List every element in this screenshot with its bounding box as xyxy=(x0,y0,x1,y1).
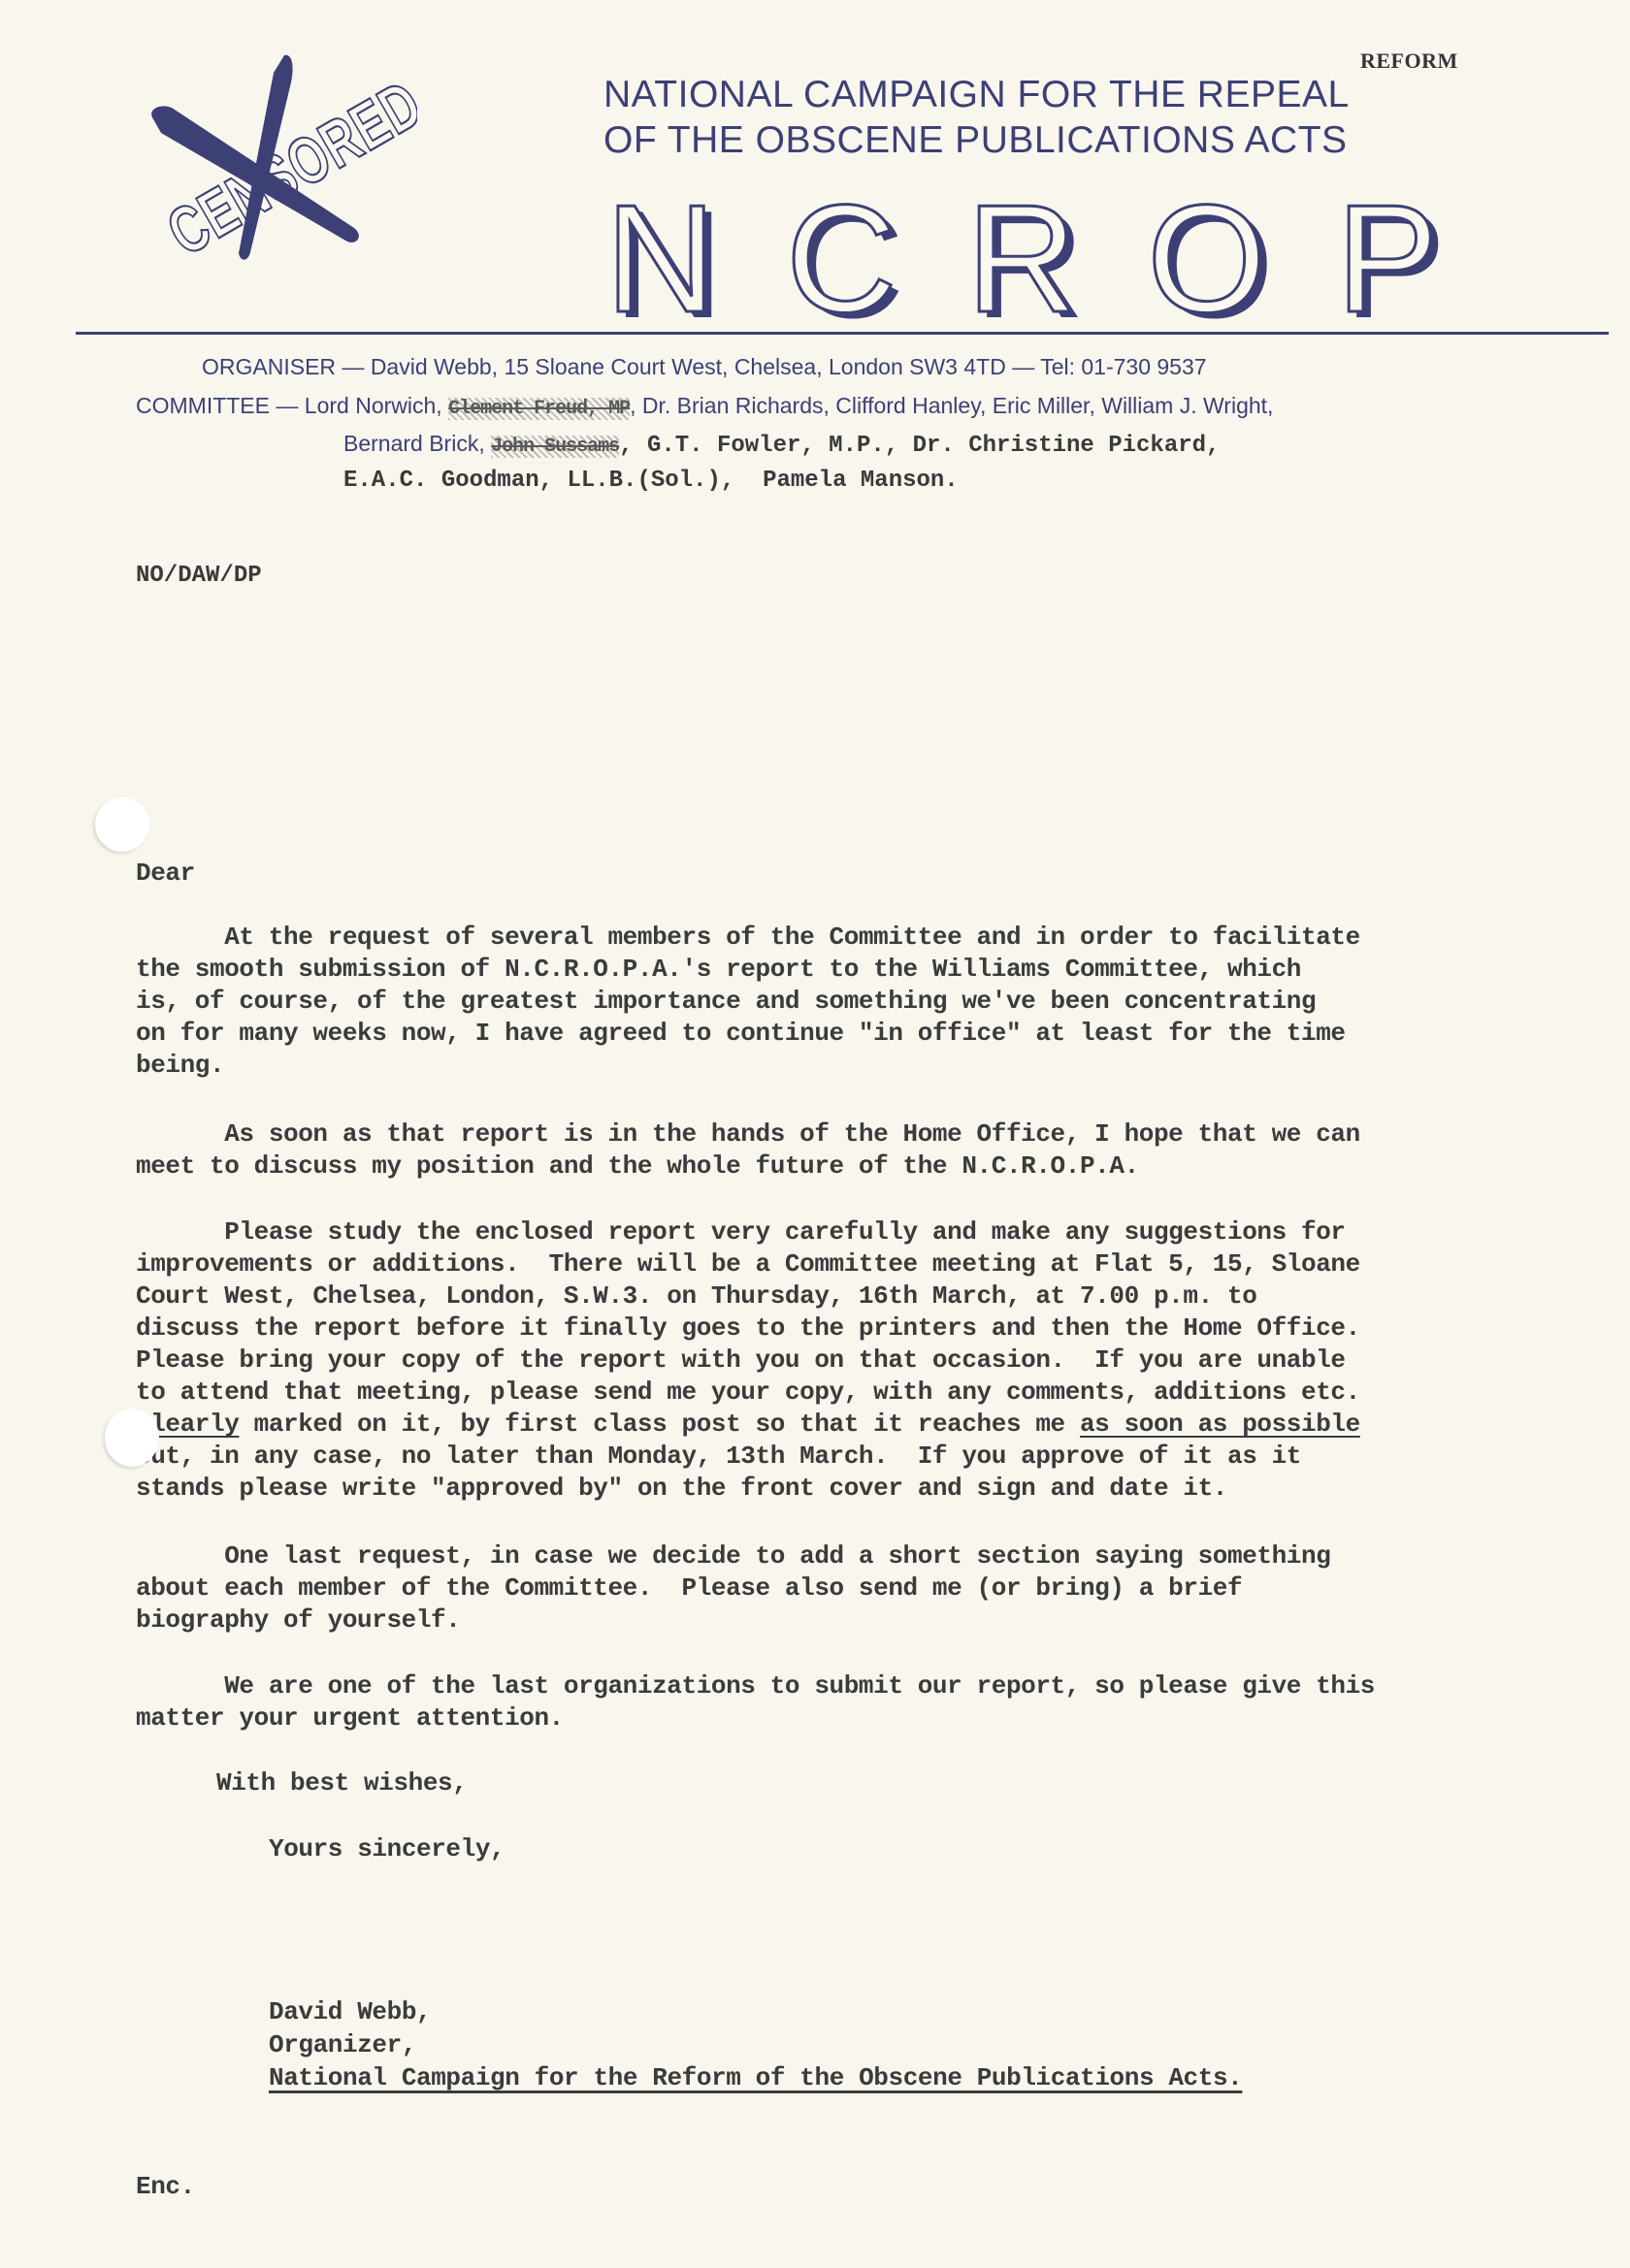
underlined-asap: as soon as possible xyxy=(1080,1409,1360,1439)
organiser-address: David Webb, 15 Sloane Court West, Chelse… xyxy=(371,354,1006,379)
struck-out-name: Clement Freud, MP xyxy=(448,398,630,420)
organiser-line: ORGANISER — David Webb, 15 Sloane Court … xyxy=(202,356,1207,378)
letterhead-divider xyxy=(76,332,1609,335)
salutation: Dear xyxy=(136,858,1562,890)
committee-line-3: E.A.C. Goodman, LL.B.(Sol.), Pamela Mans… xyxy=(343,470,959,493)
struck-out-name: John Sussams xyxy=(491,436,619,458)
tagline-line-1: NATIONAL CAMPAIGN FOR THE REPEAL xyxy=(603,76,1350,113)
punch-hole xyxy=(95,797,149,852)
paragraph-2: As soon as that report is in the hands o… xyxy=(136,1118,1562,1183)
closing: Yours sincerely, xyxy=(269,1833,1630,1865)
signatory-name: David Webb, xyxy=(269,1996,1630,2028)
svg-text:NCROPA: NCROPA xyxy=(605,179,1494,325)
committee-line-2: Bernard Brick, John Sussams, G.T. Fowler… xyxy=(343,433,1220,458)
reference-code: NO/DAW/DP xyxy=(136,563,262,589)
punch-hole xyxy=(105,1409,159,1467)
tagline-line-2: OF THE OBSCENE PUBLICATIONS ACTS xyxy=(603,121,1348,159)
censored-x-logo: CENSORED xyxy=(126,44,417,267)
enclosure-note: Enc. xyxy=(136,2171,1562,2203)
paragraph-5: We are one of the last organizations to … xyxy=(136,1670,1562,1734)
signatory-organization: National Campaign for the Reform of the … xyxy=(269,2062,1630,2094)
organiser-label: ORGANISER xyxy=(202,354,336,379)
committee-label: COMMITTEE xyxy=(136,393,270,418)
paragraph-3: Please study the enclosed report very ca… xyxy=(136,1216,1562,1505)
reform-overtype: REFORM xyxy=(1360,49,1458,74)
paragraph-4: One last request, in case we decide to a… xyxy=(136,1540,1562,1636)
ncropa-wordmark: NCROPA NCROPA xyxy=(602,179,1494,325)
committee-line-1: COMMITTEE — Lord Norwich, Clement Freud,… xyxy=(136,395,1273,419)
closing-wishes: With best wishes, xyxy=(216,1767,1630,1799)
signatory-title: Organizer, xyxy=(269,2029,1630,2061)
paragraph-1: At the request of several members of the… xyxy=(136,922,1562,1082)
organiser-tel: Tel: 01-730 9537 xyxy=(1040,354,1206,379)
wordmark-face: N xyxy=(605,179,786,325)
